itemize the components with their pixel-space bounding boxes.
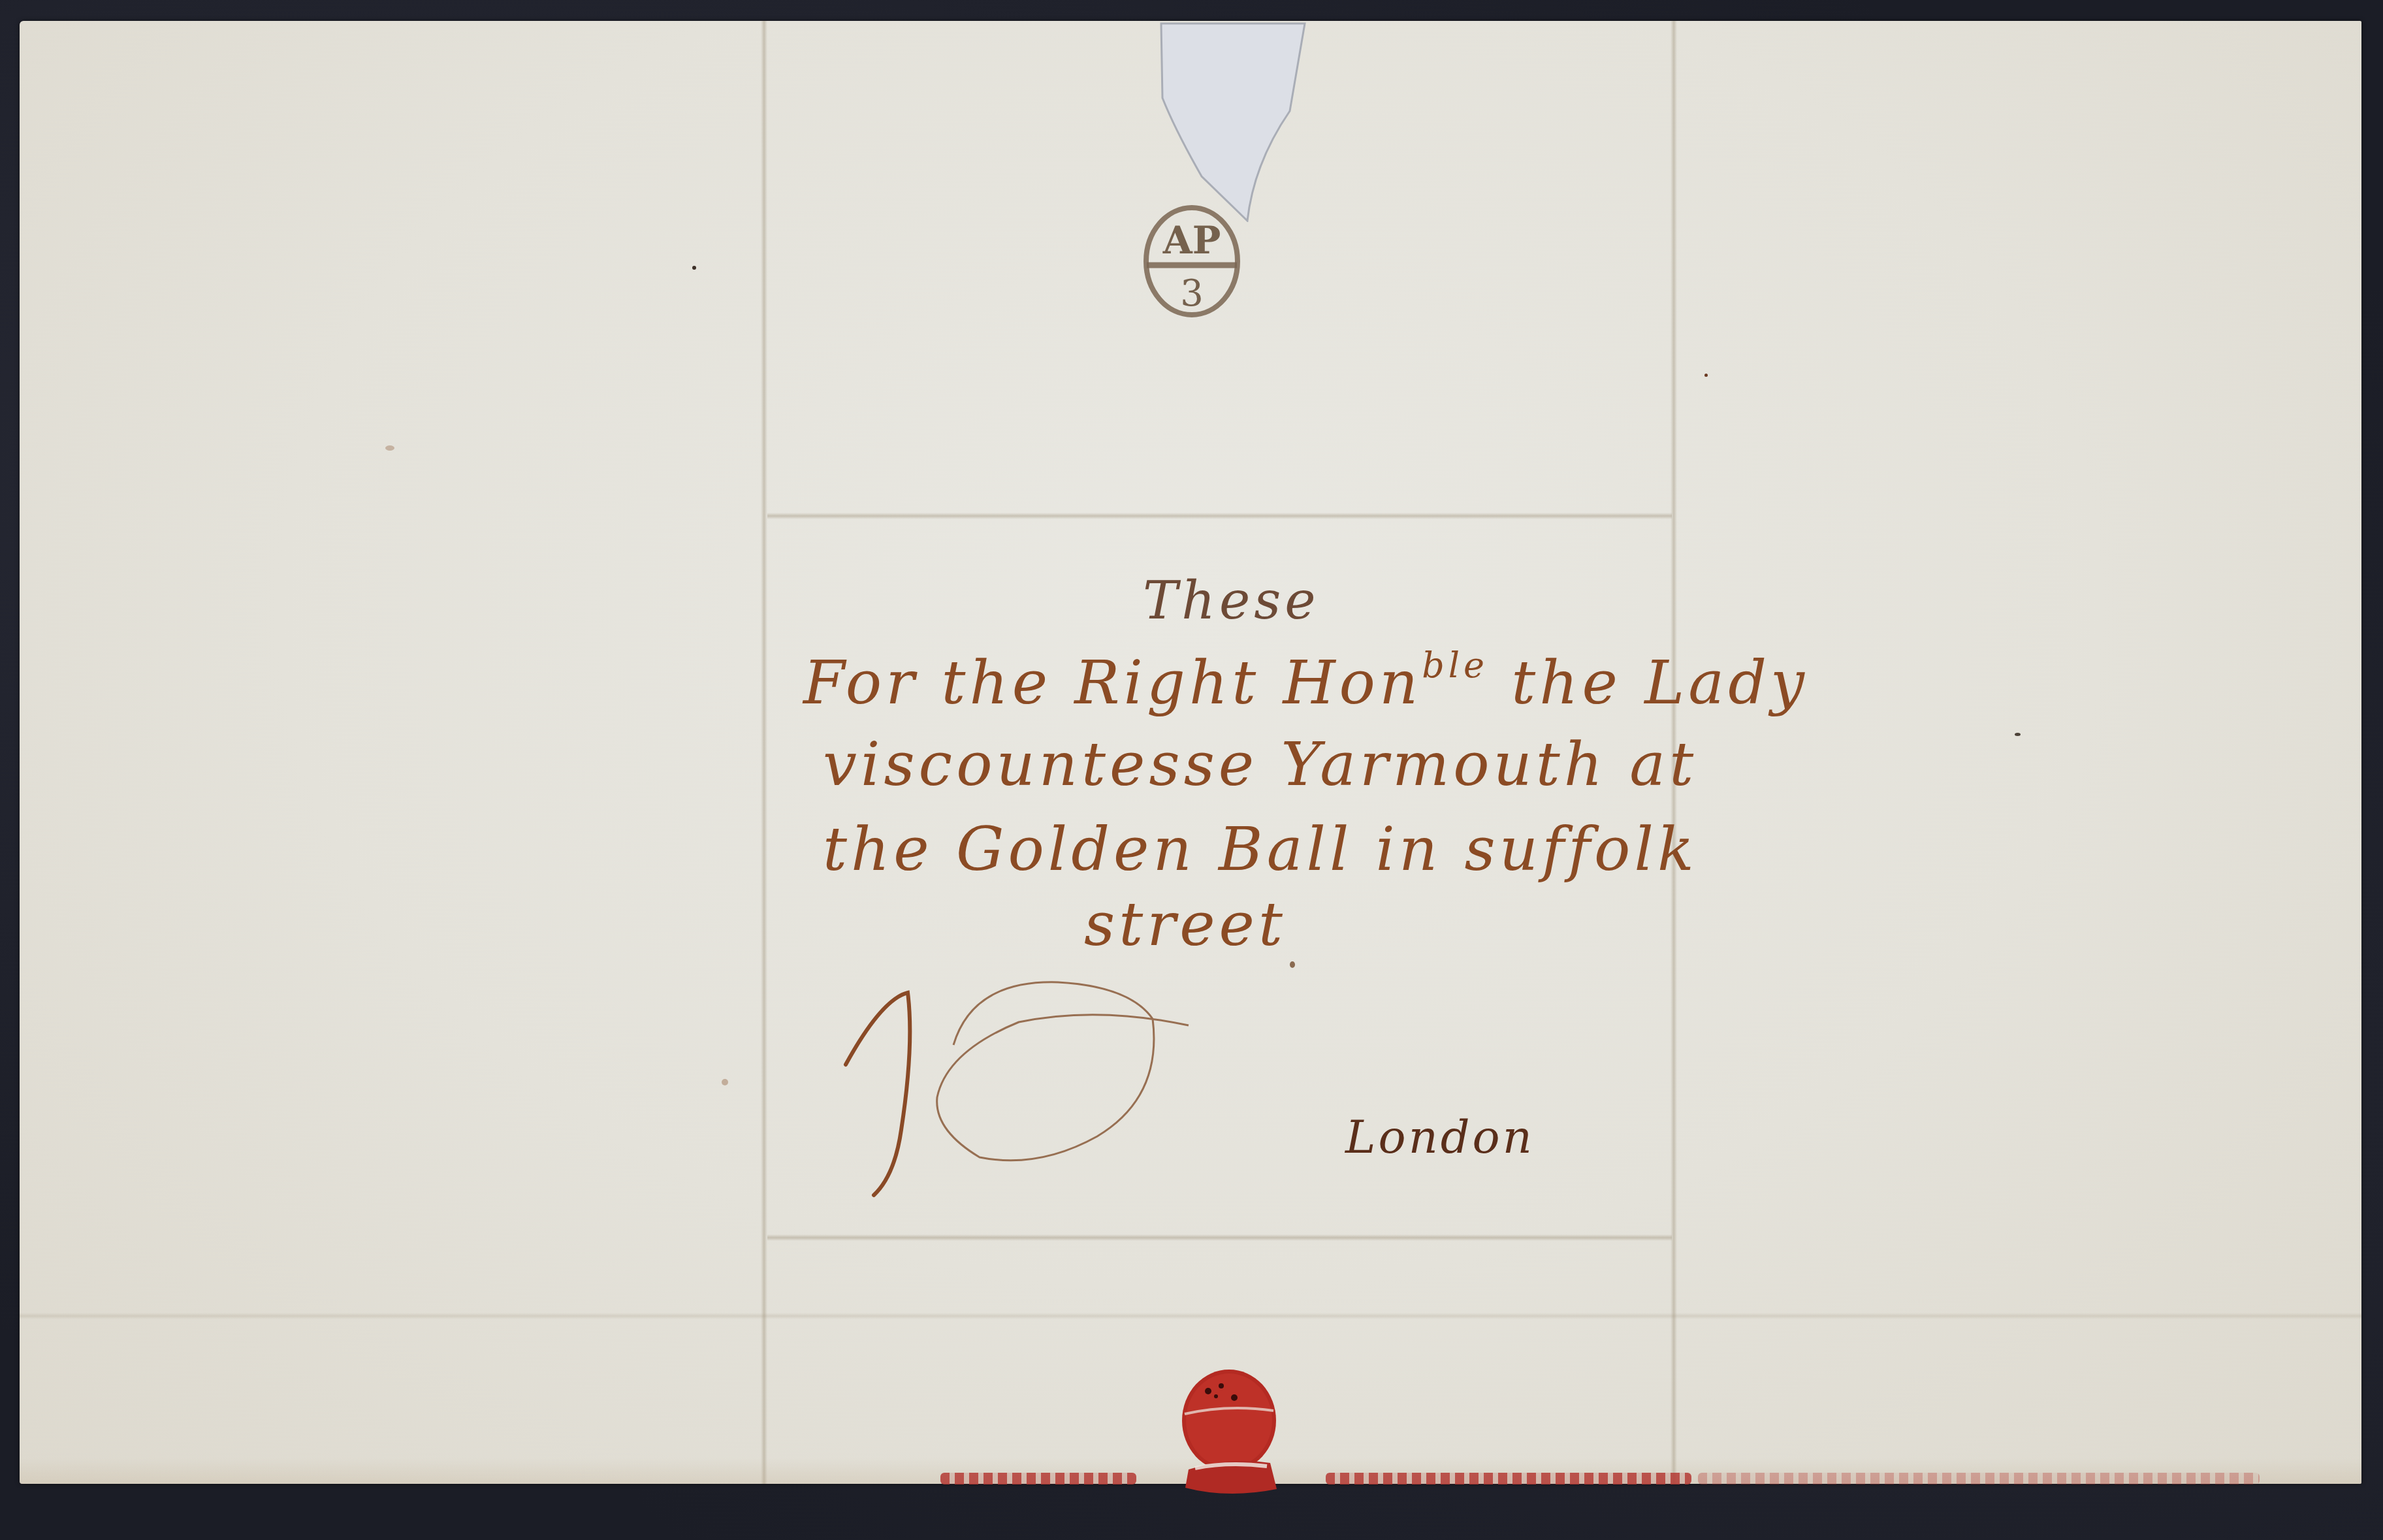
address-line-street: street [1084, 895, 1287, 955]
address-line-recipient-name: viscountesse Yarmouth at [823, 735, 1697, 795]
patch-icon [1156, 0, 1313, 222]
abbreviation-superscript: ble [1422, 645, 1488, 686]
fold-line-bottom [767, 1234, 1672, 1241]
wax-residue [1326, 1473, 1691, 1484]
ink-speck [1704, 374, 1708, 377]
postmark-day: 3 [1180, 272, 1204, 315]
rate-mark-glyph [846, 993, 910, 1195]
address-superscription: These [1143, 575, 1320, 627]
wax-seal-icon [1156, 1358, 1306, 1509]
postmark-stamp: AP 3 [1136, 202, 1247, 320]
address-line-recipient-title: For the Right Honble the Lady [803, 653, 1808, 713]
fold-line-left [761, 21, 767, 1484]
address-line-text-after: the Lady [1488, 648, 1808, 718]
address-line-text: For the Right Hon [803, 648, 1422, 718]
foxing-spot [722, 1079, 728, 1085]
pen-flourish [823, 980, 1541, 1215]
postmark-month: AP [1162, 218, 1221, 263]
fold-line-top [767, 513, 1672, 519]
fold-line-outer-bottom [20, 1313, 2361, 1319]
ink-speck [692, 266, 696, 270]
wax-residue [940, 1473, 1136, 1484]
postal-town: London [1345, 1110, 1535, 1164]
postmark-icon: AP 3 [1136, 202, 1247, 320]
address-line-location: the Golden Ball in suffolk [823, 820, 1698, 880]
ink-speck [2015, 733, 2021, 736]
ink-speck [1290, 961, 1295, 968]
wax-residue [1698, 1473, 2260, 1484]
foxing-spot [385, 445, 394, 451]
